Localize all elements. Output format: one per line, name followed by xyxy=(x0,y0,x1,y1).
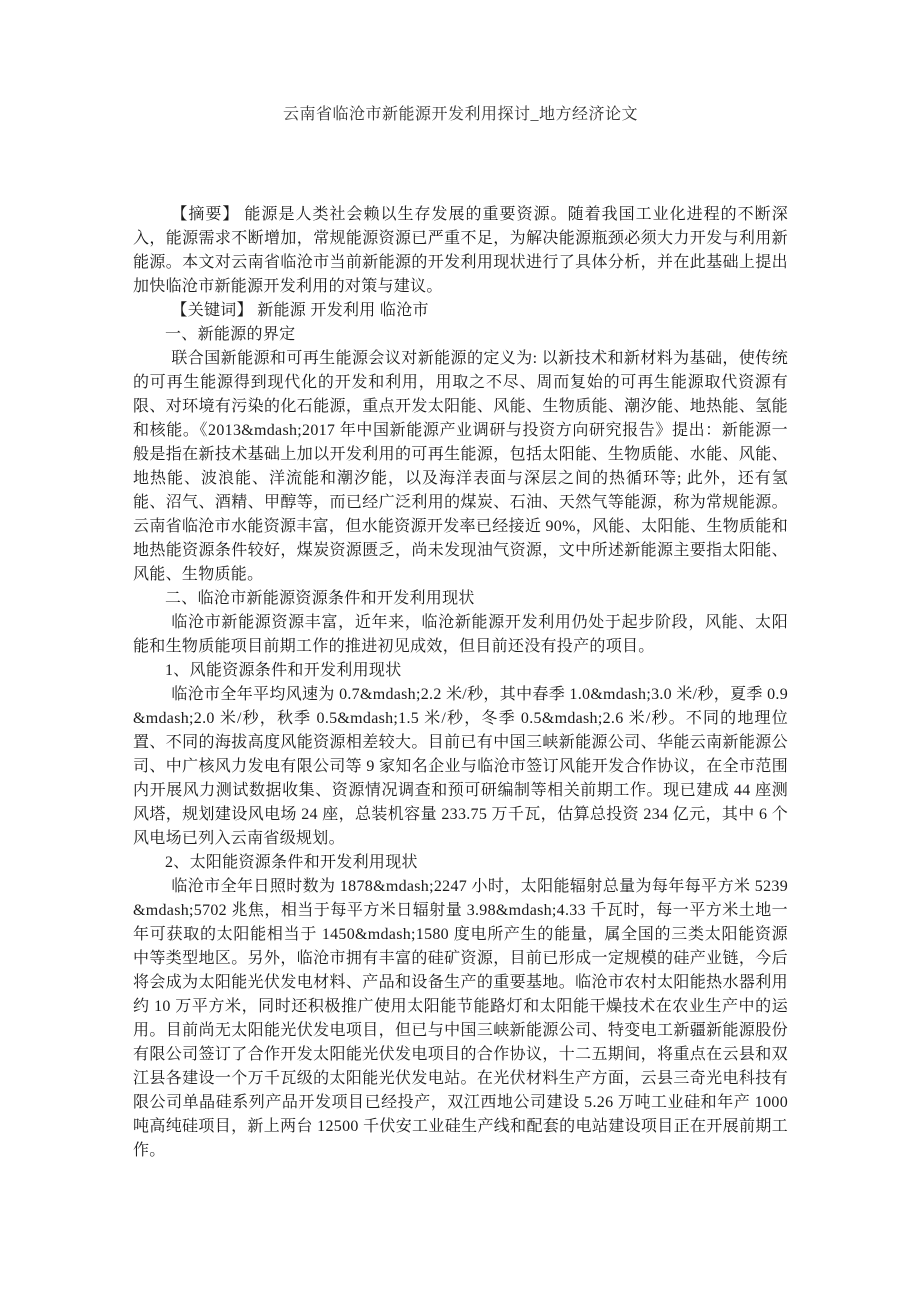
subheading-wind-energy: 1、风能资源条件和开发利用现状 xyxy=(133,659,788,683)
paragraph-new-energy-definition-body: 联合国新能源和可再生能源会议对新能源的定义为: 以新技术和新材料为基础，使传统的… xyxy=(133,347,788,587)
document-page: 云南省临沧市新能源开发利用探讨_地方经济论文 【摘要】 能源是人类社会赖以生存发… xyxy=(0,0,920,1302)
paragraph-keywords: 【关键词】 新能源 开发利用 临沧市 xyxy=(133,299,788,323)
heading-lincang-resource-status: 二、临沧市新能源资源条件和开发利用现状 xyxy=(133,587,788,611)
heading-new-energy-definition: 一、新能源的界定 xyxy=(133,323,788,347)
document-body: 【摘要】 能源是人类社会赖以生存发展的重要资源。随着我国工业化进程的不断深入，能… xyxy=(133,203,788,1163)
paragraph-lincang-resource-overview: 临沧市新能源资源丰富，近年来，临沧新能源开发利用仍处于起步阶段，风能、太阳能和生… xyxy=(133,611,788,659)
paragraph-solar-energy-body: 临沧市全年日照时数为 1878&mdash;2247 小时，太阳能辐射总量为每年… xyxy=(133,875,788,1163)
subheading-solar-energy: 2、太阳能资源条件和开发利用现状 xyxy=(133,851,788,875)
document-title: 云南省临沧市新能源开发利用探讨_地方经济论文 xyxy=(133,103,788,127)
paragraph-abstract: 【摘要】 能源是人类社会赖以生存发展的重要资源。随着我国工业化进程的不断深入，能… xyxy=(133,203,788,299)
paragraph-wind-energy-body: 临沧市全年平均风速为 0.7&mdash;2.2 米/秒，其中春季 1.0&md… xyxy=(133,683,788,851)
